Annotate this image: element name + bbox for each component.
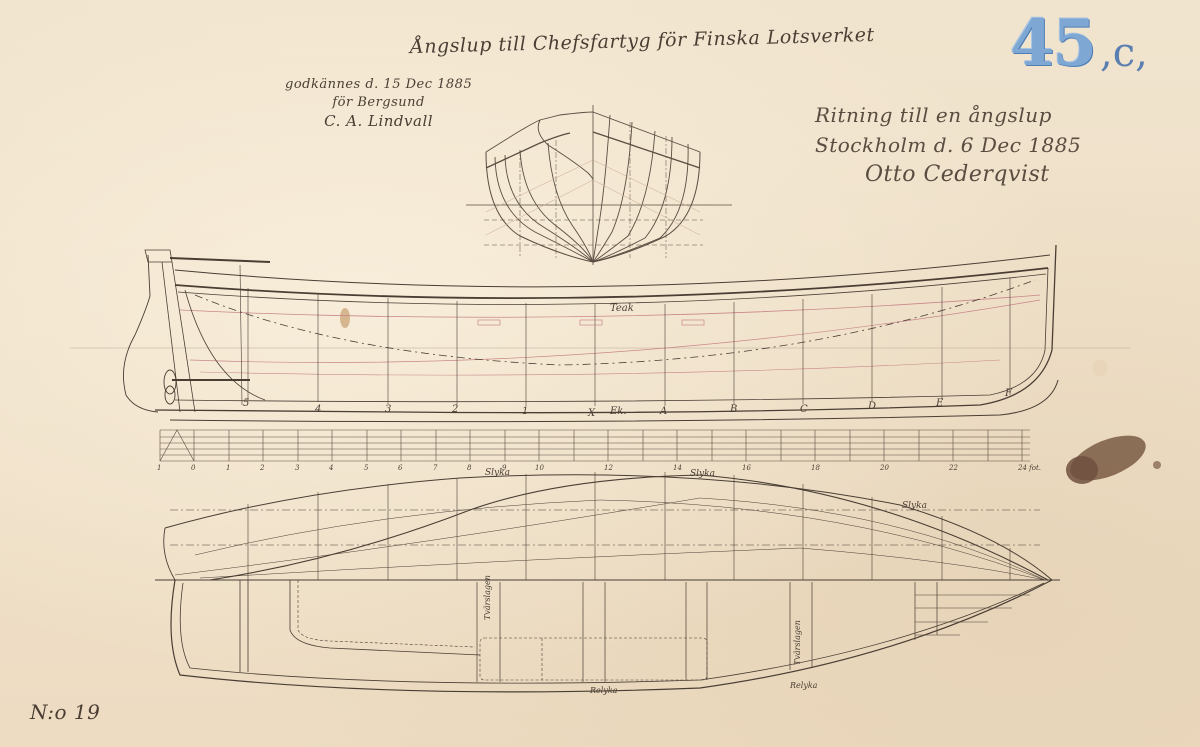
svg-text:6: 6 bbox=[398, 464, 403, 472]
svg-text:3: 3 bbox=[295, 464, 300, 472]
svg-text:1: 1 bbox=[522, 406, 528, 417]
svg-text:3: 3 bbox=[385, 404, 391, 415]
svg-text:D: D bbox=[867, 401, 876, 412]
scale-tick-labels: 10 12 34 56 78 910 1214 1618 2022 24 fot… bbox=[157, 464, 1041, 472]
svg-text:E: E bbox=[935, 398, 944, 409]
svg-text:16: 16 bbox=[742, 464, 751, 472]
half-breadth-plan bbox=[155, 472, 1060, 580]
svg-text:14: 14 bbox=[673, 464, 682, 472]
approval-note: godkännes d. 15 Dec 1885 för Bergsund C.… bbox=[285, 76, 472, 130]
signature-line-1: Ritning till en ångslup bbox=[815, 100, 1081, 130]
svg-text:Tvärslagen: Tvärslagen bbox=[793, 620, 802, 665]
svg-text:5: 5 bbox=[364, 464, 369, 472]
svg-text:F: F bbox=[1004, 388, 1013, 399]
svg-text:C: C bbox=[800, 404, 808, 415]
svg-text:2: 2 bbox=[259, 464, 265, 472]
svg-text:Slyka: Slyka bbox=[485, 468, 510, 478]
svg-text:5: 5 bbox=[243, 398, 249, 409]
signature-name: Otto Cederqvist bbox=[865, 160, 1081, 190]
svg-text:4: 4 bbox=[328, 464, 333, 472]
signature-block: Ritning till en ångslup Stockholm d. 6 D… bbox=[815, 100, 1081, 190]
svg-text:24 fot.: 24 fot. bbox=[1017, 464, 1041, 472]
scale-bar bbox=[160, 430, 1030, 461]
approval-line-1: godkännes d. 15 Dec 1885 bbox=[285, 76, 472, 94]
sheet-number: N:o 19 bbox=[30, 700, 100, 724]
svg-text:10: 10 bbox=[535, 464, 544, 472]
svg-text:2: 2 bbox=[451, 404, 458, 415]
svg-text:12: 12 bbox=[604, 464, 613, 472]
svg-text:7: 7 bbox=[433, 464, 438, 472]
svg-text:1: 1 bbox=[226, 464, 230, 472]
ink-stains bbox=[340, 308, 1161, 490]
svg-text:Relyka: Relyka bbox=[589, 686, 618, 695]
svg-text:4: 4 bbox=[314, 404, 321, 415]
svg-text:Relyka: Relyka bbox=[789, 681, 818, 690]
svg-text:Ek.: Ek. bbox=[609, 406, 627, 417]
approval-line-2: för Bergsund bbox=[285, 94, 472, 112]
svg-text:A: A bbox=[659, 406, 667, 417]
svg-text:X: X bbox=[587, 408, 596, 419]
svg-text:22: 22 bbox=[948, 464, 958, 472]
svg-text:18: 18 bbox=[811, 464, 820, 472]
svg-text:Slyka: Slyka bbox=[690, 469, 715, 479]
catalog-number-stamp: 45 bbox=[1010, 6, 1095, 81]
svg-text:8: 8 bbox=[467, 464, 472, 472]
catalog-suffix: ,c, bbox=[1100, 30, 1148, 76]
profile-view bbox=[70, 245, 1130, 422]
svg-text:20: 20 bbox=[879, 464, 889, 472]
teak-label: Teak bbox=[610, 303, 634, 314]
body-plan-view bbox=[466, 105, 732, 265]
profile-station-labels: 5 4 3 2 1 X Ek. A B C D E F bbox=[243, 388, 1013, 419]
svg-text:B: B bbox=[729, 404, 737, 415]
deck-plan bbox=[171, 580, 1052, 692]
svg-text:Slyka: Slyka bbox=[902, 501, 927, 511]
svg-text:0: 0 bbox=[191, 464, 196, 472]
svg-text:1: 1 bbox=[157, 464, 161, 472]
svg-text:Tvärslagen: Tvärslagen bbox=[483, 575, 492, 620]
signature-line-2: Stockholm d. 6 Dec 1885 bbox=[815, 130, 1081, 160]
approval-signature: C. A. Lindvall bbox=[285, 112, 472, 130]
